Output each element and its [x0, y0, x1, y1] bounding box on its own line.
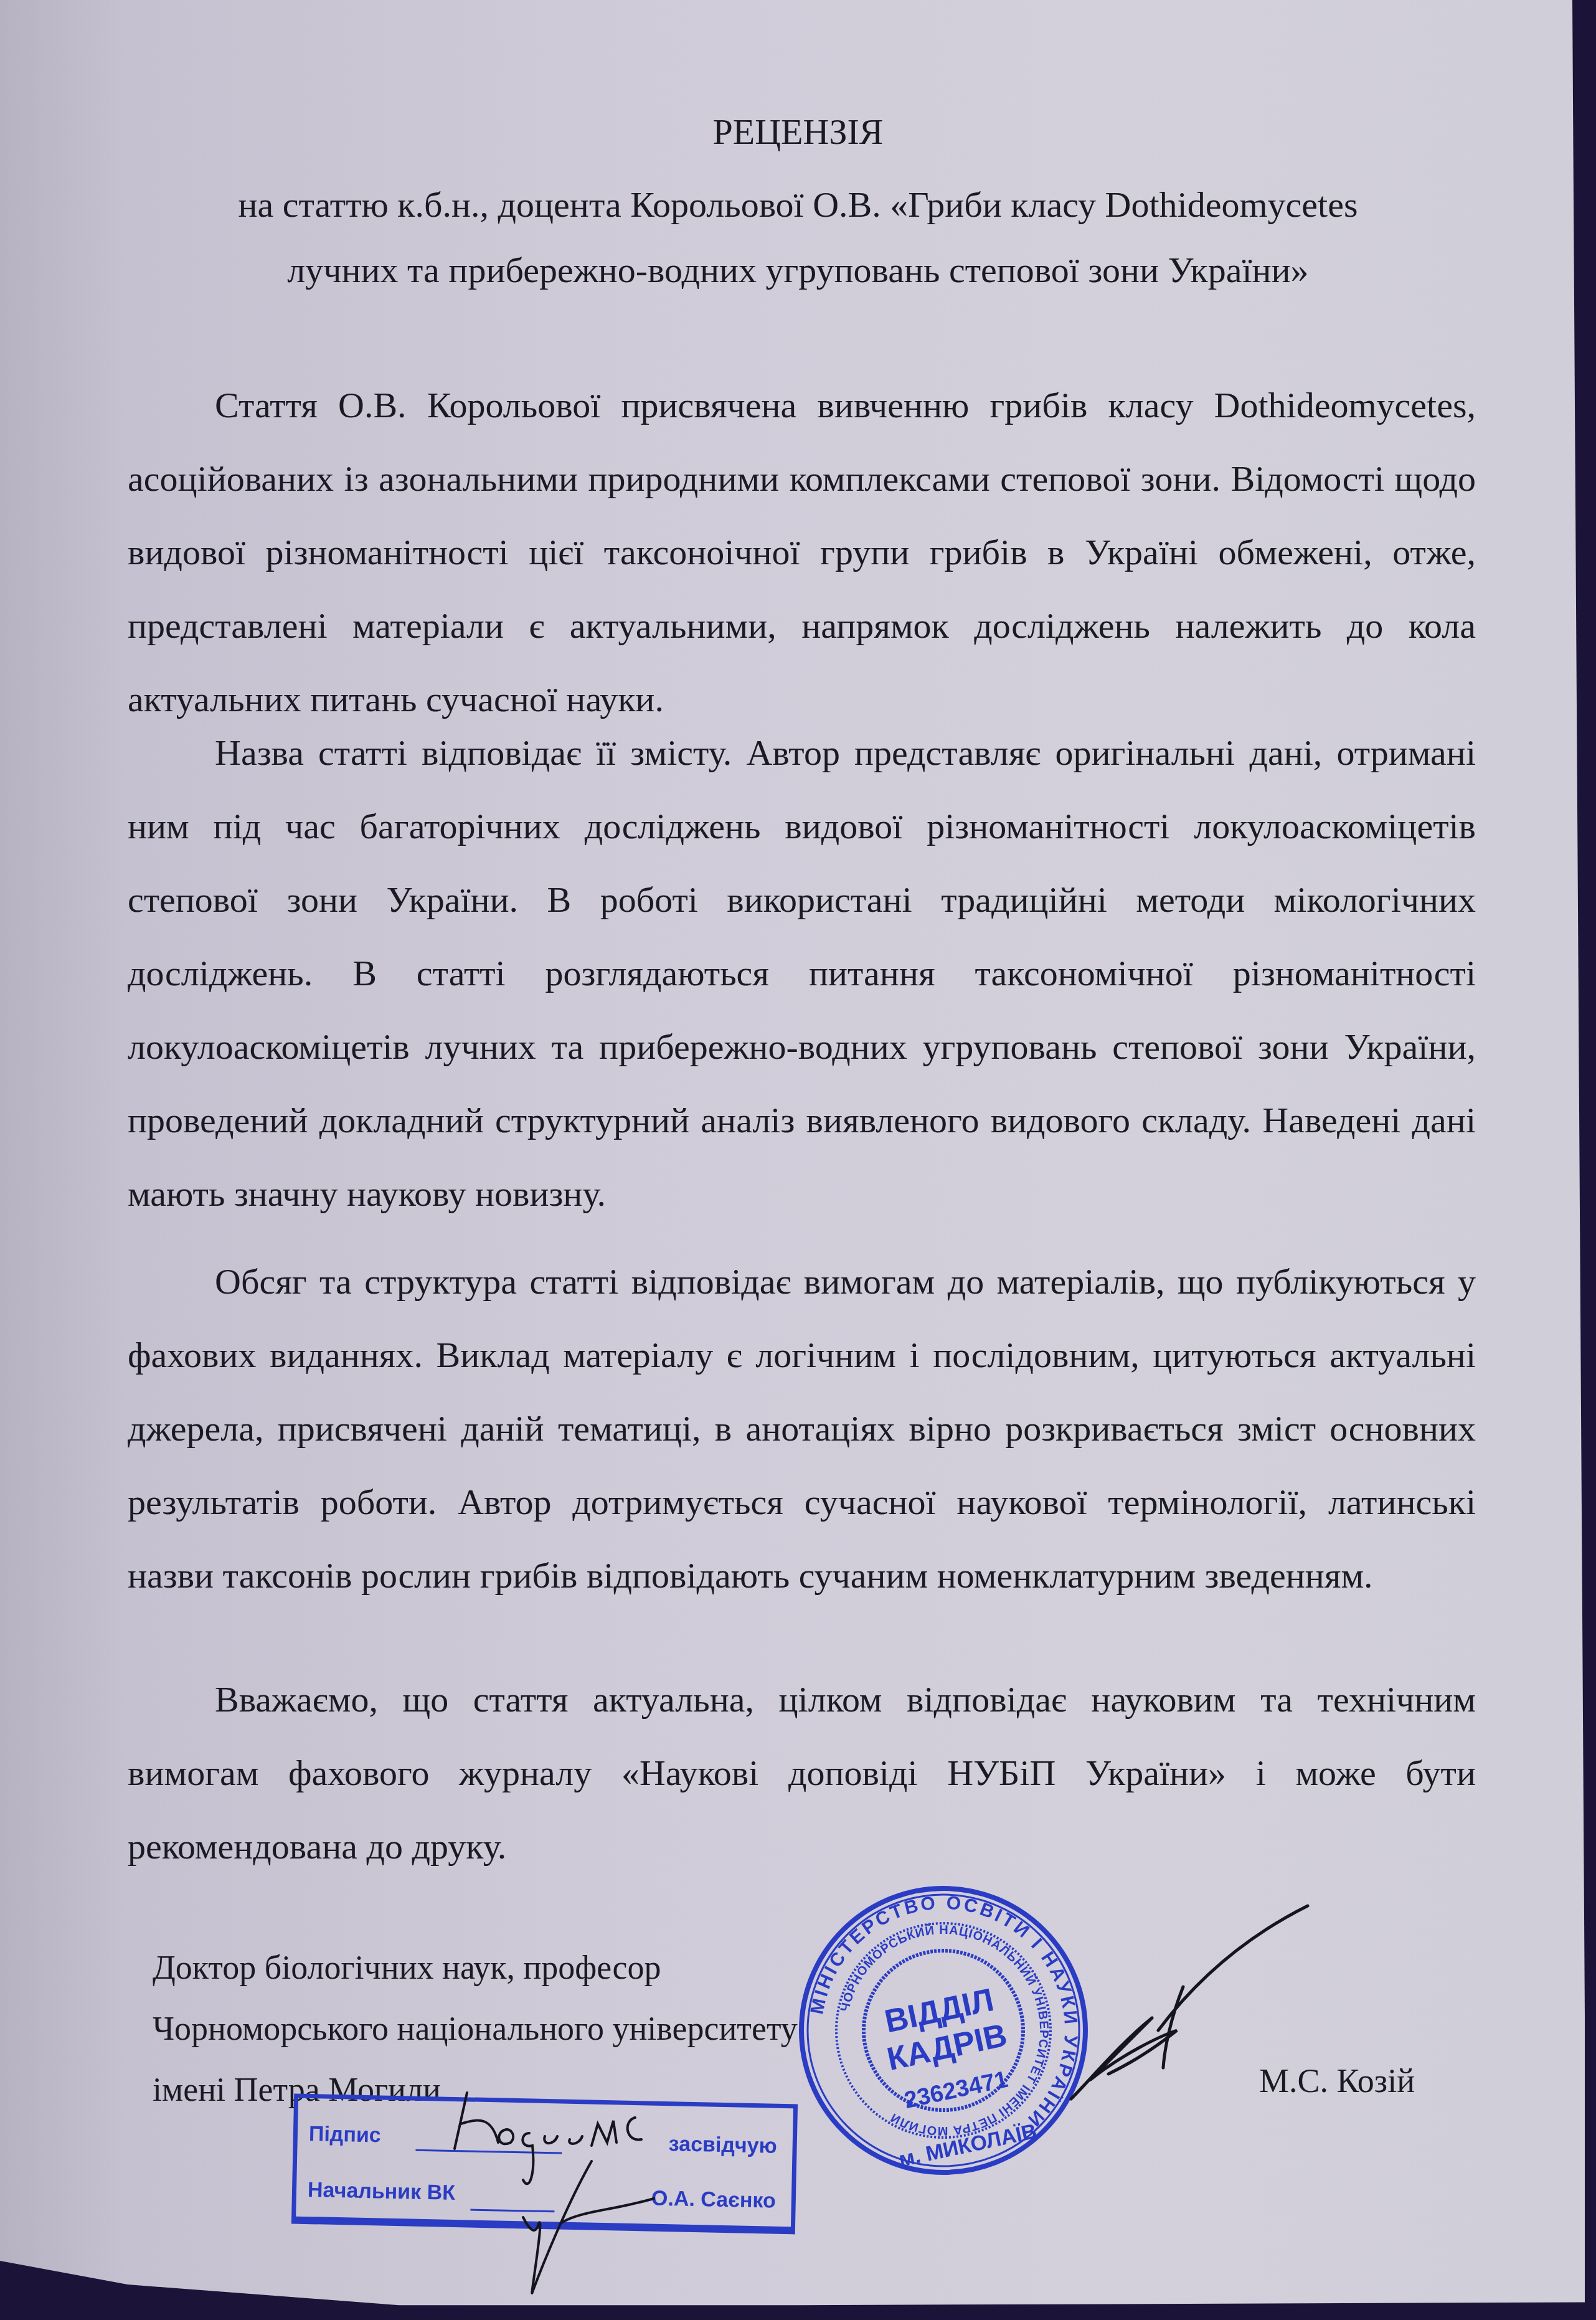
paragraph-structure: Обсяг та структура статті відповідає вим… [128, 1245, 1476, 1612]
certification-signature-label: Підпис [309, 2122, 382, 2147]
certification-head-label: Начальник ВК [308, 2178, 456, 2205]
document-heading: РЕЦЕНЗІЯ [0, 111, 1596, 153]
round-seal-stamp-icon: МІНІСТЕРСТВО ОСВІТИ І НАУКИ УКРАЇНИ ЧОРН… [794, 1881, 1093, 2180]
signatory-block: Доктор біологічних наук, професор Чорном… [153, 1937, 798, 2120]
signatory-title-line2: Чорноморського національного університет… [153, 1998, 798, 2059]
svg-text:23623471: 23623471 [902, 2067, 1010, 2114]
signatory-title-line1: Доктор біологічних наук, професор [153, 1937, 798, 1998]
paragraph-text: Вважаємо, що стаття актуальна, цілком ві… [128, 1663, 1476, 1883]
paragraph-text: Назва статті відповідає її змісту. Автор… [128, 716, 1476, 1231]
signature-underline [415, 2149, 562, 2154]
paragraph-text: Стаття О.В. Корольової присвячена вивчен… [128, 369, 1476, 736]
certification-confirm-label: засвідчую [668, 2132, 777, 2159]
head-signature-underline [470, 2209, 554, 2213]
paragraph-relevance: Стаття О.В. Корольової присвячена вивчен… [128, 369, 1476, 736]
certification-head-name: О.А. Саєнко [651, 2187, 777, 2213]
signatory-name: М.С. Козій [1259, 2062, 1415, 2100]
document-subtitle-line1: на статтю к.б.н., доцента Корольової О.В… [0, 184, 1596, 225]
paragraph-conclusion: Вважаємо, що стаття актуальна, цілком ві… [128, 1663, 1476, 1883]
certification-stamp: Підпис засвідчую Начальник ВК О.А. Саєнк… [291, 2094, 798, 2235]
paragraph-novelty: Назва статті відповідає її змісту. Автор… [128, 716, 1476, 1231]
document-subtitle-line2: лучних та прибережно-водних угруповань с… [0, 249, 1596, 291]
paragraph-text: Обсяг та структура статті відповідає вим… [128, 1245, 1476, 1612]
